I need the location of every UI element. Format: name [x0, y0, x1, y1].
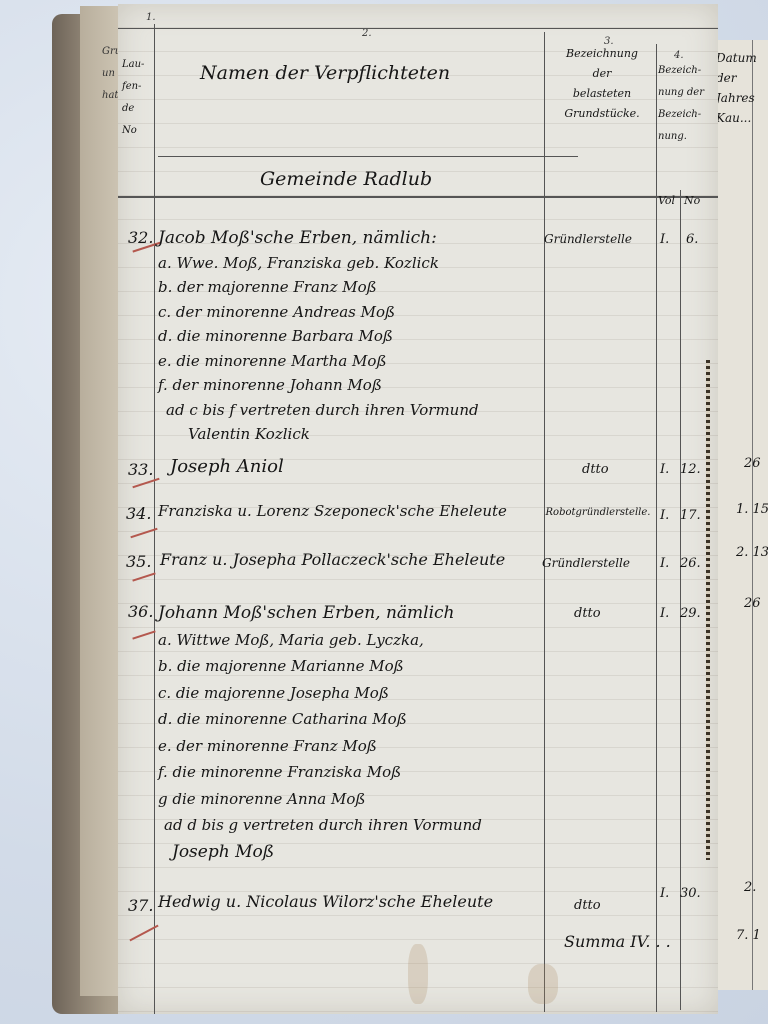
binding-thread — [706, 360, 710, 860]
margin-fragment: un — [102, 68, 115, 79]
header-col2: Namen der Verpflichteten — [200, 62, 450, 84]
entry-names: Joseph Aniol — [170, 456, 284, 477]
ledger-page: 1. 2. 3. 4. Lau-fen-deNo Namen der Verpf… — [118, 4, 718, 1014]
entry-folio: 12. — [680, 462, 701, 477]
rule — [118, 28, 718, 29]
column-number: 2. — [362, 28, 372, 39]
entry-number: 36. — [128, 602, 153, 621]
red-checkmark — [132, 630, 155, 639]
header-vol: Vol — [658, 194, 675, 207]
rule — [118, 196, 718, 198]
entry-vol: I. — [660, 462, 669, 477]
entry-folio: 17. — [680, 508, 701, 523]
margin-fragment: hat — [102, 90, 118, 101]
header-col3: BezeichnungderbelastetenGrundstücke. — [548, 44, 656, 124]
right-value: 26 — [744, 596, 761, 611]
header-col1: Lau-fen-deNo — [122, 54, 144, 142]
summa-total: Summa IV. . . — [564, 932, 671, 951]
header-no: No — [684, 194, 700, 207]
entry-names: Hedwig u. Nicolaus Wilorz'sche Eheleute — [158, 892, 493, 911]
header-col4: Bezeich-nung derBezeich-nung. — [658, 60, 704, 148]
water-stain — [408, 944, 428, 1004]
right-value: 2. 13 — [736, 545, 768, 560]
entry-property: Gründlerstelle — [542, 556, 630, 570]
section-title: Gemeinde Radlub — [260, 168, 432, 190]
right-header: DatumderJahresKau... — [716, 48, 757, 128]
entry-folio: 26. — [680, 556, 701, 571]
entry-folio: 30. — [680, 886, 701, 901]
entry-number: 35. — [126, 552, 151, 571]
red-checkmark — [132, 478, 159, 489]
entry-vol: I. — [660, 508, 669, 523]
entry-names: Johann Moß'schen Erben, nämlich a. Wittw… — [158, 600, 482, 865]
entry-number: 33. — [128, 460, 153, 479]
entry-number: 32. — [128, 228, 153, 247]
right-value: 1. 15 — [736, 502, 768, 517]
water-stain — [528, 964, 558, 1004]
entry-folio: 29. — [680, 606, 701, 621]
column-rule — [656, 44, 657, 1012]
rule — [158, 156, 578, 157]
entry-vol: I. — [660, 556, 669, 571]
entry-property: dtto — [582, 462, 609, 477]
column-rule — [544, 32, 545, 1012]
entry-property: Robotgründlerstelle. — [542, 506, 654, 520]
entry-folio: 6. — [686, 232, 698, 247]
entry-names: Franziska u. Lorenz Szeponeck'sche Ehele… — [158, 502, 507, 520]
entry-property: dtto — [574, 898, 601, 913]
column-number: 1. — [146, 12, 156, 23]
entry-number: 37. — [128, 896, 153, 915]
right-value: 7. 1 — [736, 928, 761, 943]
entry-names: Franz u. Josepha Pollaczeck'sche Eheleut… — [160, 550, 505, 569]
entry-property: dtto — [574, 606, 601, 621]
entry-vol: I. — [660, 606, 669, 621]
red-checkmark — [132, 572, 155, 581]
right-value: 2. — [744, 880, 756, 895]
column-rule — [154, 24, 155, 1014]
entry-property: Gründlerstelle — [544, 232, 632, 246]
entry-names: Jacob Moß'sche Erben, nämlich: a. Wwe. M… — [158, 226, 479, 447]
right-value: 26 — [744, 456, 761, 471]
entry-number: 34. — [126, 504, 151, 523]
entry-vol: I. — [660, 232, 669, 247]
entry-vol: I. — [660, 886, 669, 901]
